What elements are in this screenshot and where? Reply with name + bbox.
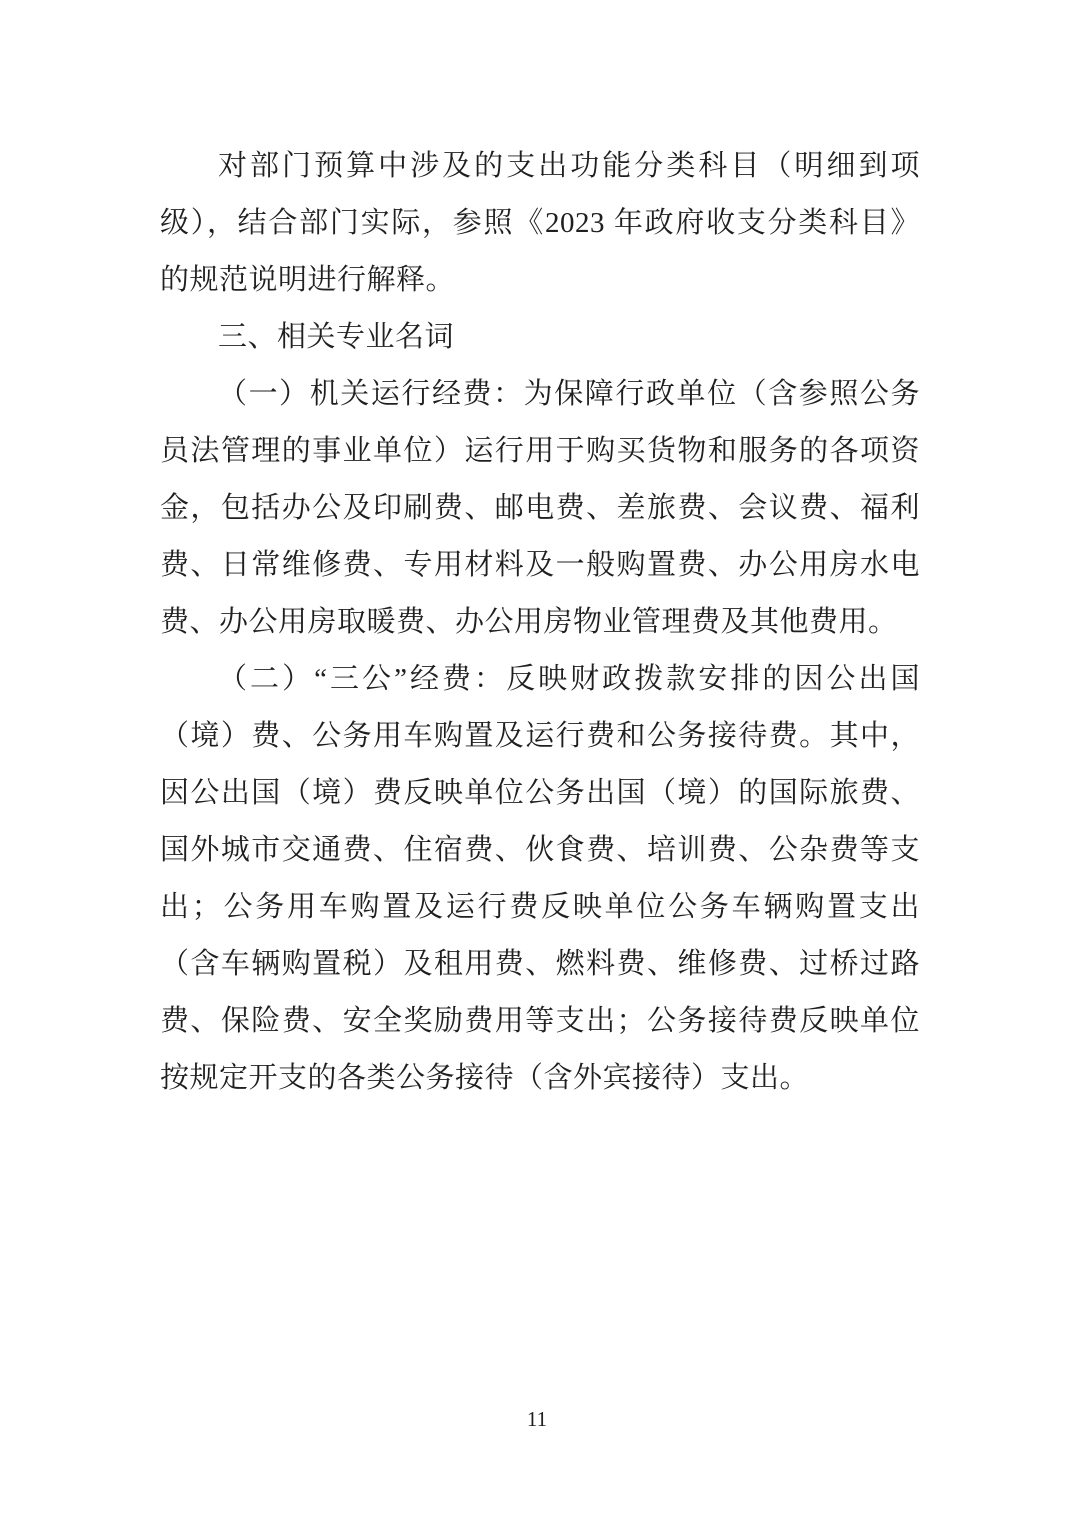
paragraph-term-three-public-expenses: （二）“三公”经费：反映财政拨款安排的因公出国（境）费、公务用车购置及运行费和公… <box>160 651 920 1107</box>
section-heading-terms: 三、相关专业名词 <box>160 309 920 366</box>
paragraph-budget-explanation: 对部门预算中涉及的支出功能分类科目（明细到项级），结合部门实际，参照《2023 … <box>160 138 920 309</box>
page-number: 11 <box>527 1407 547 1431</box>
paragraph-term-agency-operating-funds: （一）机关运行经费：为保障行政单位（含参照公务员法管理的事业单位）运行用于购买货… <box>160 366 920 651</box>
page-footer: 11 <box>0 1407 1074 1432</box>
document-page: 对部门预算中涉及的支出功能分类科目（明细到项级），结合部门实际，参照《2023 … <box>0 0 1074 1520</box>
document-body: 对部门预算中涉及的支出功能分类科目（明细到项级），结合部门实际，参照《2023 … <box>160 138 920 1107</box>
